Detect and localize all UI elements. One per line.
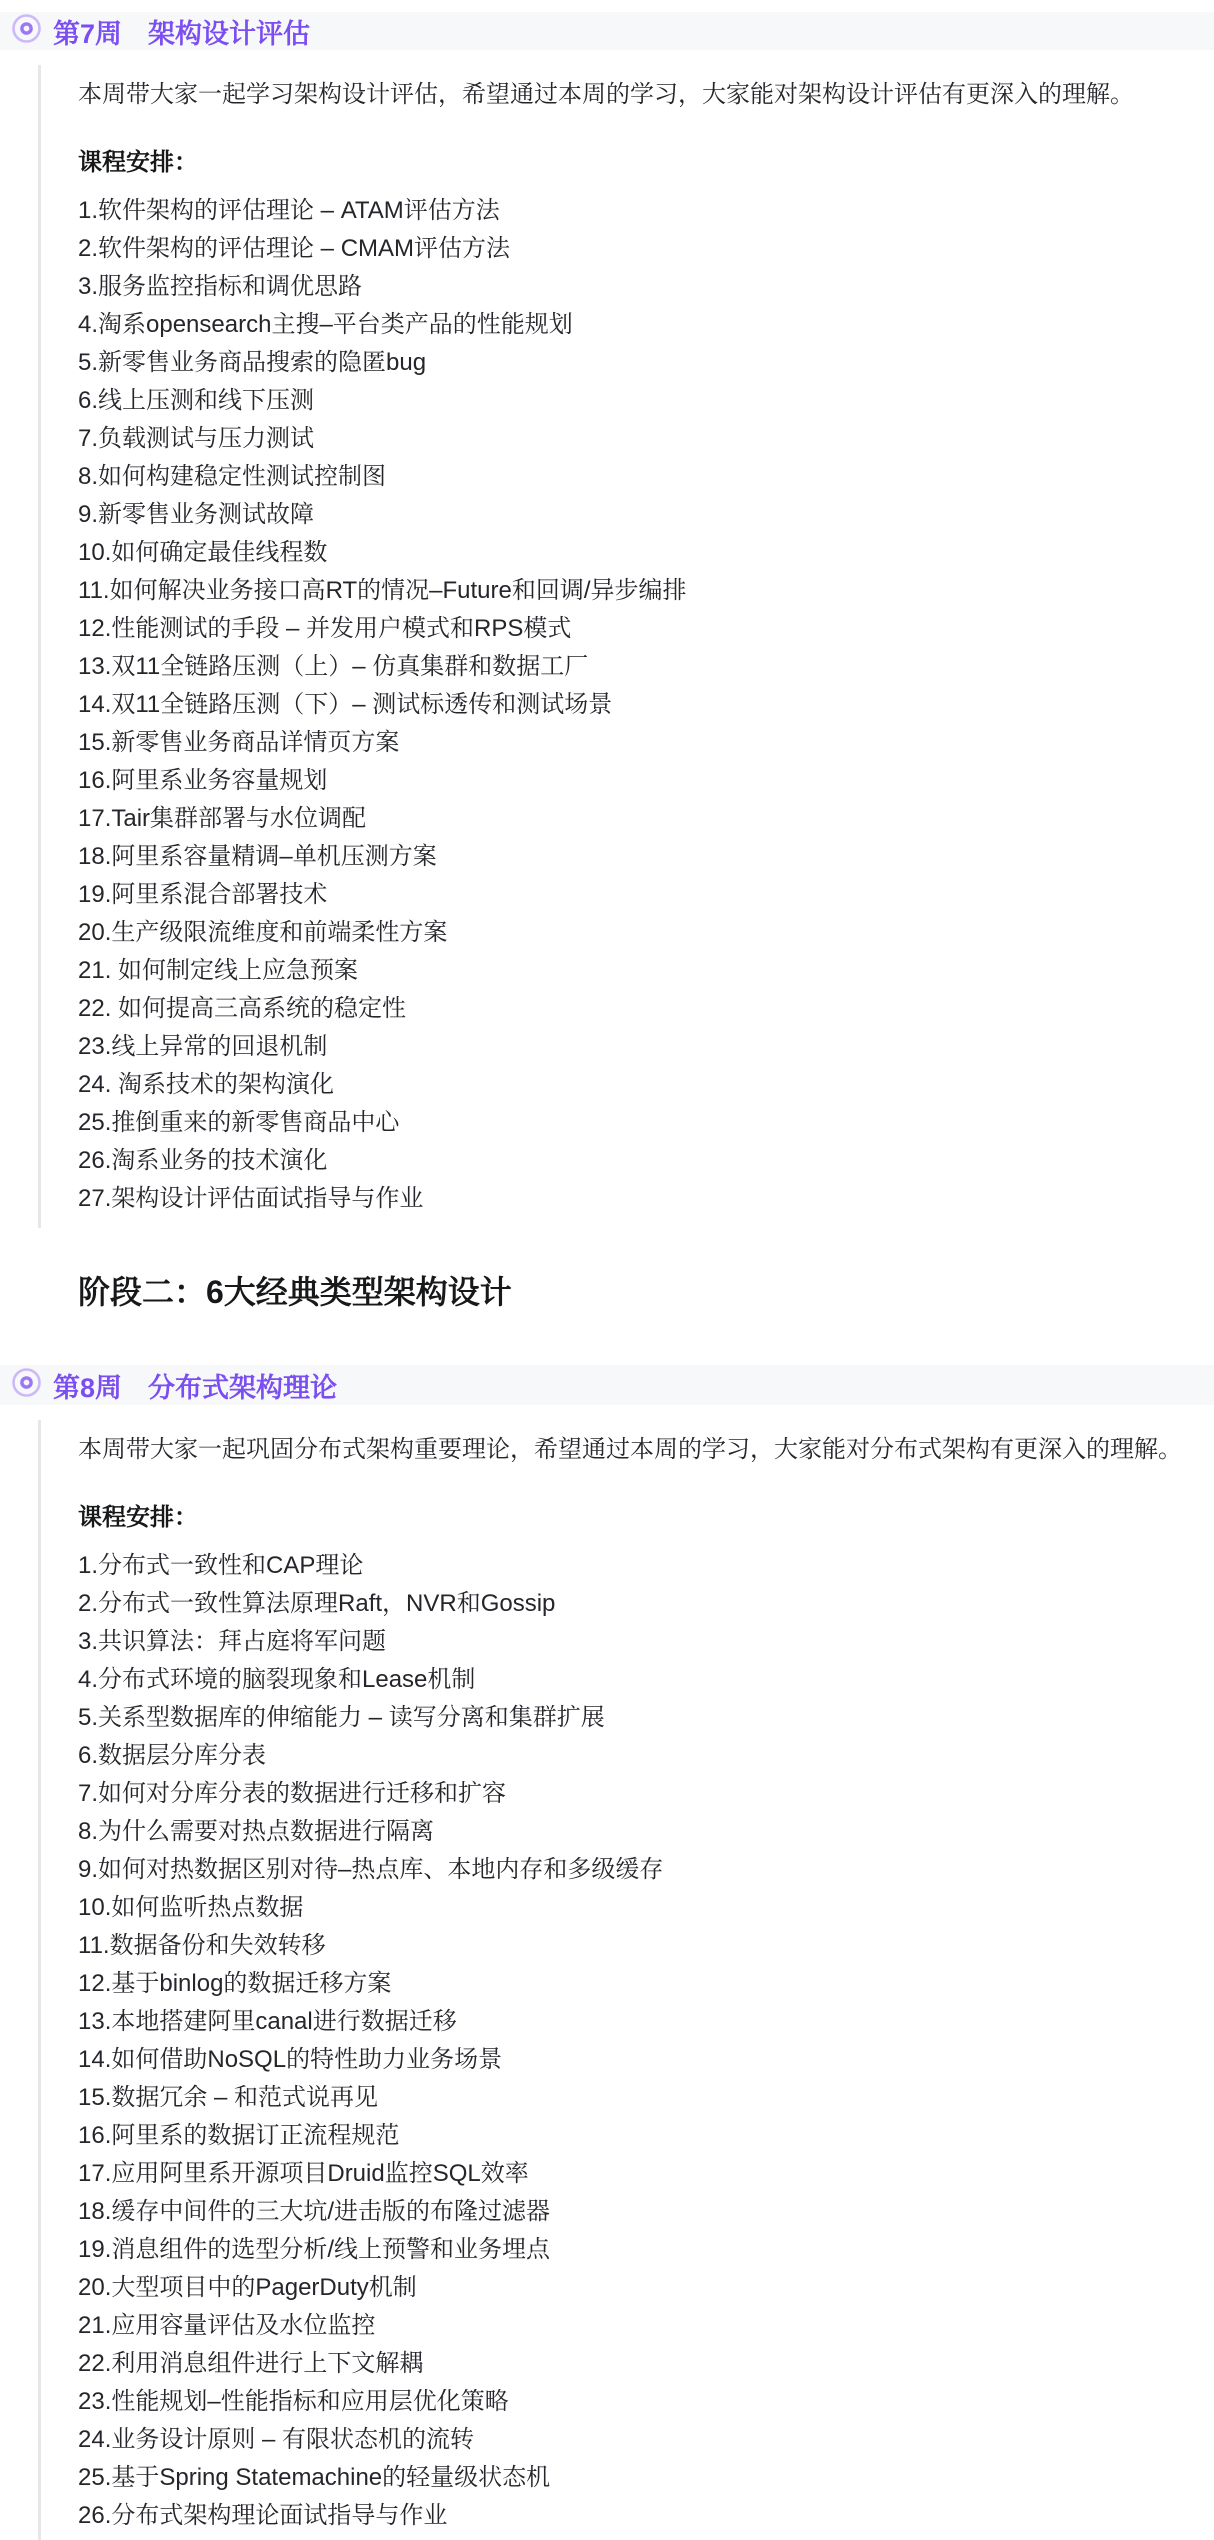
- course-item: 3.服务监控指标和调优思路: [78, 268, 1184, 306]
- course-item: 24.业务设计原则 – 有限状态机的流转: [78, 2421, 1184, 2459]
- week-bullet-icon: [11, 13, 42, 49]
- course-item: 14.如何借助NoSQL的特性助力业务场景: [78, 2041, 1184, 2079]
- course-item: 16.阿里系业务容量规划: [78, 762, 1184, 800]
- course-item: 26.分布式架构理论面试指导与作业: [78, 2497, 1184, 2535]
- course-item: 24. 淘系技术的架构演化: [78, 1066, 1184, 1104]
- week-7-body: 本周带大家一起学习架构设计评估，希望通过本周的学习，大家能对架构设计评估有更深入…: [38, 65, 1214, 1228]
- course-item: 1.软件架构的评估理论 – ATAM评估方法: [78, 192, 1184, 230]
- course-item: 17.应用阿里系开源项目Druid监控SQL效率: [78, 2155, 1184, 2193]
- course-item: 20.生产级限流维度和前端柔性方案: [78, 914, 1184, 952]
- week-8-section: 第8周 分布式架构理论 本周带大家一起巩固分布式架构重要理论，希望通过本周的学习…: [0, 1365, 1214, 2540]
- course-item: 9.如何对热数据区别对待–热点库、本地内存和多级缓存: [78, 1851, 1184, 1889]
- course-item: 10.如何监听热点数据: [78, 1889, 1184, 1927]
- course-item: 16.阿里系的数据订正流程规范: [78, 2117, 1184, 2155]
- week-7-name: 架构设计评估: [148, 12, 310, 51]
- week-8-label: 第8周: [53, 1366, 122, 1405]
- course-item: 21.应用容量评估及水位监控: [78, 2307, 1184, 2345]
- course-item: 15.数据冗余 – 和范式说再见: [78, 2079, 1184, 2117]
- course-item: 15.新零售业务商品详情页方案: [78, 724, 1184, 762]
- course-item: 8.如何构建稳定性测试控制图: [78, 458, 1184, 496]
- week-7-label: 第7周: [53, 12, 122, 51]
- course-item: 4.淘系opensearch主搜–平台类产品的性能规划: [78, 306, 1184, 344]
- week-8-course-list: 1.分布式一致性和CAP理论 2.分布式一致性算法原理Raft，NVR和Goss…: [78, 1547, 1184, 2535]
- course-item: 17.Tair集群部署与水位调配: [78, 800, 1184, 838]
- week-7-intro: 本周带大家一起学习架构设计评估，希望通过本周的学习，大家能对架构设计评估有更深入…: [78, 79, 1184, 111]
- week-7-section: 第7周 架构设计评估 本周带大家一起学习架构设计评估，希望通过本周的学习，大家能…: [0, 12, 1214, 1228]
- course-item: 25.基于Spring Statemachine的轻量级状态机: [78, 2459, 1184, 2497]
- course-item: 22.利用消息组件进行上下文解耦: [78, 2345, 1184, 2383]
- course-item: 2.软件架构的评估理论 – CMAM评估方法: [78, 230, 1184, 268]
- course-item: 14.双11全链路压测（下）– 测试标透传和测试场景: [78, 686, 1184, 724]
- course-item: 7.负载测试与压力测试: [78, 420, 1184, 458]
- course-item: 23.线上异常的回退机制: [78, 1028, 1184, 1066]
- course-item: 12.基于binlog的数据迁移方案: [78, 1965, 1184, 2003]
- course-item: 22. 如何提高三高系统的稳定性: [78, 990, 1184, 1028]
- course-item: 19.消息组件的选型分析/线上预警和业务埋点: [78, 2231, 1184, 2269]
- week-7-header[interactable]: 第7周 架构设计评估: [0, 12, 1214, 50]
- course-item: 20.大型项目中的PagerDuty机制: [78, 2269, 1184, 2307]
- course-item: 6.线上压测和线下压测: [78, 382, 1184, 420]
- week-8-title: 第8周 分布式架构理论: [53, 1366, 337, 1405]
- course-item: 9.新零售业务测试故障: [78, 496, 1184, 534]
- course-item: 1.分布式一致性和CAP理论: [78, 1547, 1184, 1585]
- course-item: 19.阿里系混合部署技术: [78, 876, 1184, 914]
- course-item: 11.数据备份和失效转移: [78, 1927, 1184, 1965]
- week-7-title: 第7周 架构设计评估: [53, 12, 310, 51]
- course-item: 10.如何确定最佳线程数: [78, 534, 1184, 572]
- course-item: 23.性能规划–性能指标和应用层优化策略: [78, 2383, 1184, 2421]
- course-item: 5.关系型数据库的伸缩能力 – 读写分离和集群扩展: [78, 1699, 1184, 1737]
- week-bullet-icon: [11, 1367, 42, 1403]
- week-8-name: 分布式架构理论: [148, 1366, 337, 1405]
- course-item: 8.为什么需要对热点数据进行隔离: [78, 1813, 1184, 1851]
- course-item: 11.如何解决业务接口高RT的情况–Future和回调/异步编排: [78, 572, 1184, 610]
- course-item: 2.分布式一致性算法原理Raft，NVR和Gossip: [78, 1585, 1184, 1623]
- course-item: 6.数据层分库分表: [78, 1737, 1184, 1775]
- course-item: 3.共识算法：拜占庭将军问题: [78, 1623, 1184, 1661]
- week-7-schedule-label: 课程安排：: [78, 147, 1184, 179]
- course-item: 27.架构设计评估面试指导与作业: [78, 1180, 1184, 1218]
- course-item: 13.本地搭建阿里canal进行数据迁移: [78, 2003, 1184, 2041]
- week-8-schedule-label: 课程安排：: [78, 1502, 1184, 1534]
- course-item: 4.分布式环境的脑裂现象和Lease机制: [78, 1661, 1184, 1699]
- week-7-course-list: 1.软件架构的评估理论 – ATAM评估方法 2.软件架构的评估理论 – CMA…: [78, 192, 1184, 1218]
- phase-2-heading: 阶段二：6大经典类型架构设计: [78, 1272, 1214, 1312]
- course-item: 26.淘系业务的技术演化: [78, 1142, 1184, 1180]
- week-8-body: 本周带大家一起巩固分布式架构重要理论，希望通过本周的学习，大家能对分布式架构有更…: [38, 1420, 1214, 2540]
- week-8-intro: 本周带大家一起巩固分布式架构重要理论，希望通过本周的学习，大家能对分布式架构有更…: [78, 1434, 1184, 1466]
- course-item: 12.性能测试的手段 – 并发用户模式和RPS模式: [78, 610, 1184, 648]
- course-item: 18.缓存中间件的三大坑/进击版的布隆过滤器: [78, 2193, 1184, 2231]
- course-item: 5.新零售业务商品搜索的隐匿bug: [78, 344, 1184, 382]
- course-item: 13.双11全链路压测（上）– 仿真集群和数据工厂: [78, 648, 1184, 686]
- week-8-header[interactable]: 第8周 分布式架构理论: [0, 1365, 1214, 1405]
- course-item: 21. 如何制定线上应急预案: [78, 952, 1184, 990]
- course-item: 25.推倒重来的新零售商品中心: [78, 1104, 1184, 1142]
- course-item: 7.如何对分库分表的数据进行迁移和扩容: [78, 1775, 1184, 1813]
- course-item: 18.阿里系容量精调–单机压测方案: [78, 838, 1184, 876]
